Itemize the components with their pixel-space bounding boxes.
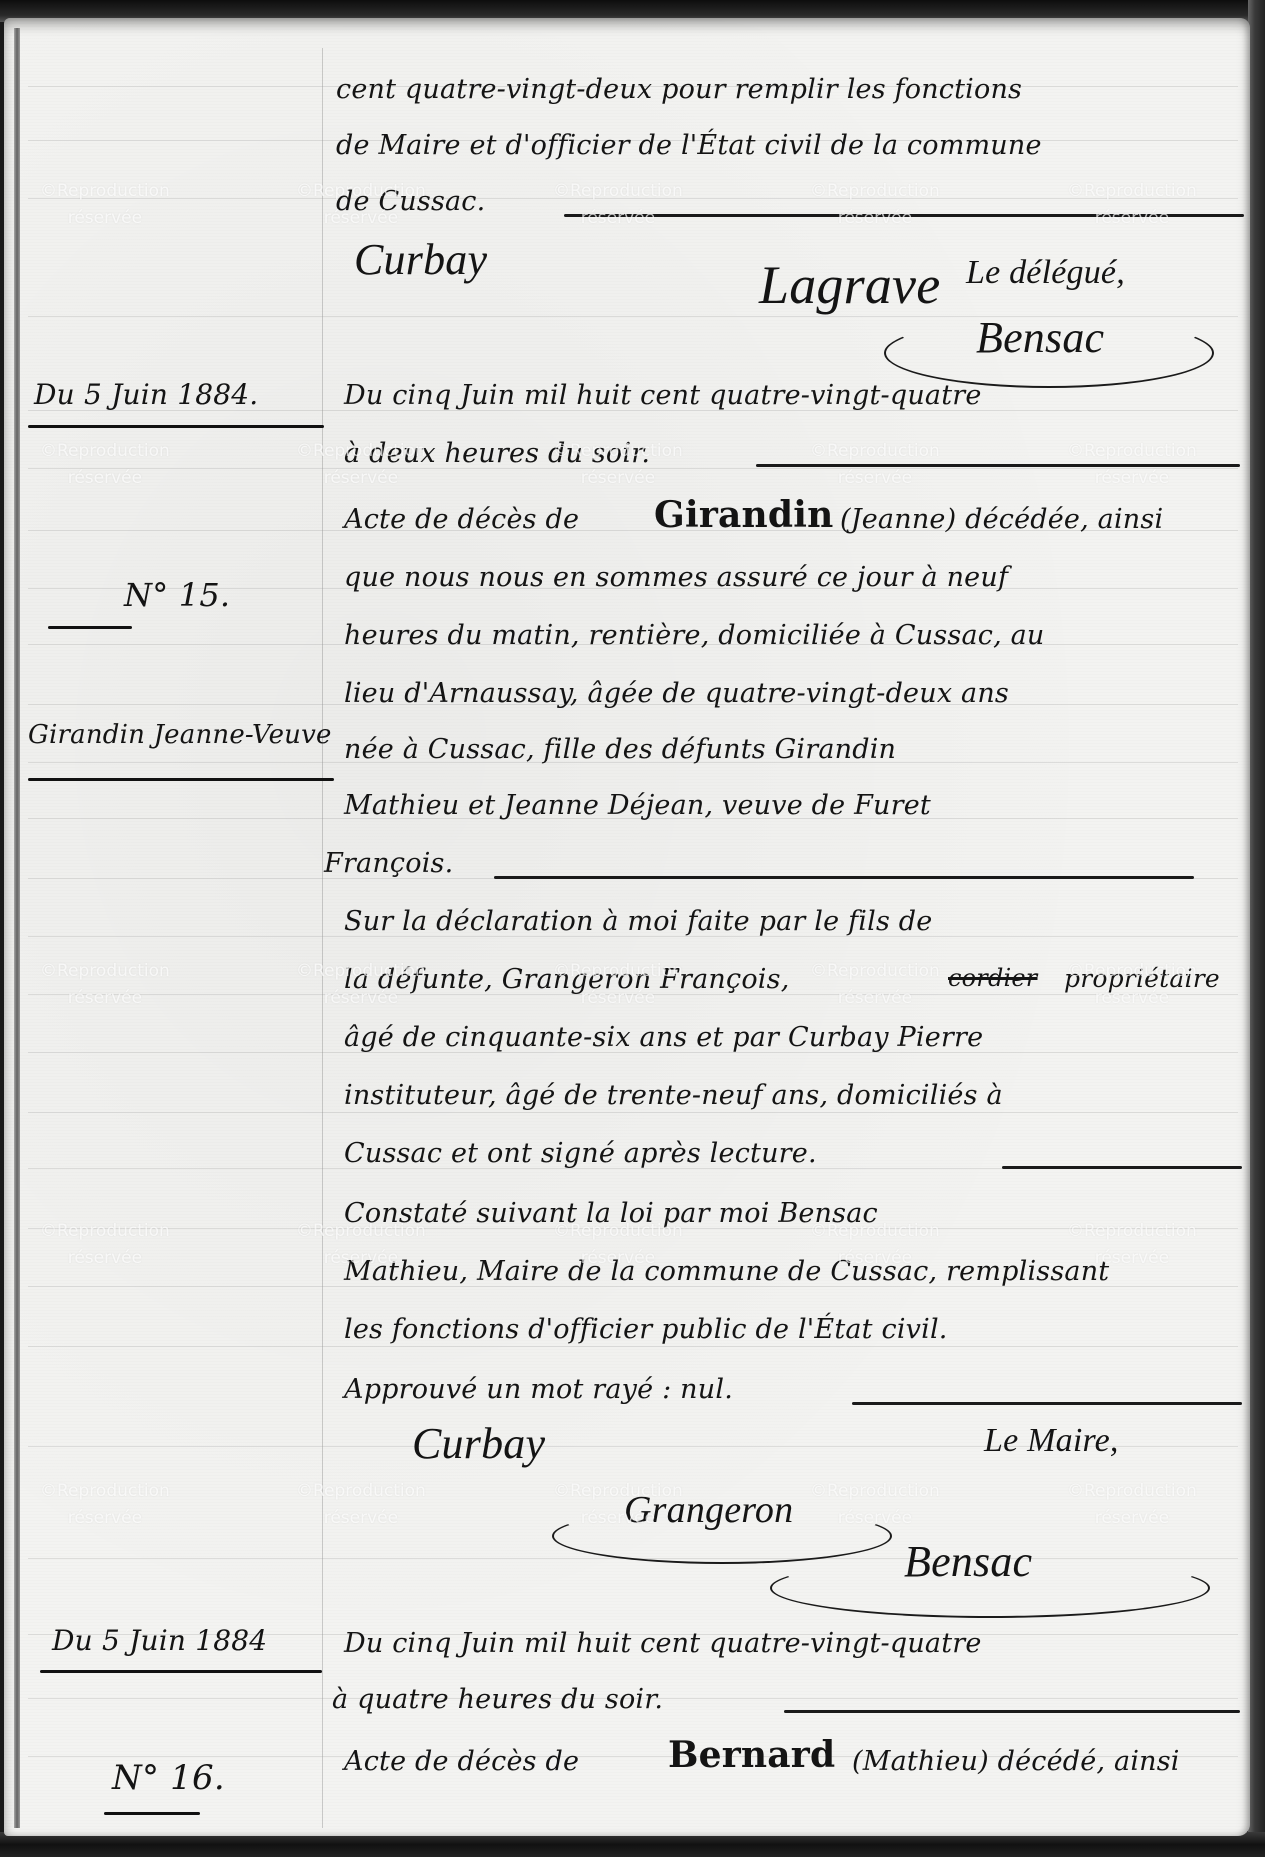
deceased-surname: Bernard: [668, 1734, 835, 1776]
text-line: Du cinq Juin mil huit cent quatre-vingt-…: [344, 380, 982, 411]
text-line: Acte de décès de: [344, 1746, 579, 1777]
watermark-reproduction-reservee: ©Reproductionréservée: [40, 438, 170, 492]
text-line: cent quatre-vingt-deux pour remplir les …: [336, 74, 1022, 105]
act-number: N° 16.: [112, 1758, 225, 1798]
line-filler-dash: [756, 464, 1240, 467]
ruled-line: [28, 1112, 1238, 1113]
deceased-surname: Girandin: [654, 494, 834, 536]
text-line: Mathieu, Maire de la commune de Cussac, …: [344, 1256, 1109, 1287]
text-line: Mathieu et Jeanne Déjean, veuve de Furet: [344, 790, 931, 821]
text-line: (Mathieu) décédé, ainsi: [852, 1746, 1180, 1777]
line-filler-dash: [1002, 1166, 1242, 1169]
margin-underline: [40, 1670, 322, 1673]
line-filler-dash: [564, 214, 1244, 217]
text-line: Acte de décès de: [344, 504, 579, 535]
register-page: cent quatre-vingt-deux pour remplir les …: [4, 18, 1250, 1836]
signature-delegate: Lagrave: [759, 254, 940, 316]
watermark-reproduction-reservee: ©Reproductionréservée: [810, 958, 940, 1012]
text-line: la défunte, Grangeron François,: [344, 964, 789, 995]
book-binding-right: [1248, 0, 1265, 1857]
text-line: à quatre heures du soir.: [332, 1684, 663, 1715]
watermark-reproduction-reservee: ©Reproductionréservée: [1067, 1478, 1197, 1532]
watermark-reproduction-reservee: ©Reproductionréservée: [1067, 178, 1197, 232]
text-line: Sur la déclaration à moi faite par le fi…: [344, 906, 932, 937]
text-line: âgé de cinquante-six ans et par Curbay P…: [344, 1022, 983, 1053]
signature-flourish: [884, 318, 1214, 388]
delegate-title: Le délégué,: [966, 254, 1125, 292]
text-line: Du cinq Juin mil huit cent quatre-vingt-…: [344, 1628, 982, 1659]
margin-deceased-name: Girandin Jeanne-Veuve: [28, 720, 332, 750]
signature-witness: Curbay: [354, 234, 487, 285]
margin-date: Du 5 Juin 1884.: [34, 378, 258, 411]
margin-underline: [28, 778, 334, 781]
act-number-underline: [104, 1812, 200, 1815]
text-line: propriétaire: [1064, 964, 1220, 993]
text-line: Approuvé un mot rayé : nul.: [344, 1374, 733, 1405]
text-line: (Jeanne) décédée, ainsi: [840, 504, 1163, 535]
text-line: Constaté suivant la loi par moi Bensac: [344, 1198, 878, 1229]
watermark-reproduction-reservee: ©Reproductionréservée: [40, 1218, 170, 1272]
watermark-reproduction-reservee: ©Reproductionréservée: [810, 178, 940, 232]
text-line: les fonctions d'officier public de l'Éta…: [344, 1314, 948, 1345]
struck-word: cordier: [948, 964, 1037, 992]
text-line: lieu d'Arnaussay, âgée de quatre-vingt-d…: [344, 678, 1009, 709]
line-filler-dash: [852, 1402, 1242, 1405]
signature-witness: Curbay: [412, 1418, 545, 1469]
signature-flourish: [552, 1508, 892, 1564]
text-line: à deux heures du soir.: [344, 438, 650, 469]
mayor-title: Le Maire,: [984, 1422, 1119, 1460]
margin-underline: [28, 425, 324, 428]
ruled-line: [28, 198, 1238, 199]
text-line: Cussac et ont signé après lecture.: [344, 1138, 817, 1169]
watermark-reproduction-reservee: ©Reproductionréservée: [553, 178, 683, 232]
text-line: instituteur, âgé de trente-neuf ans, dom…: [344, 1080, 1003, 1111]
text-line: heures du matin, rentière, domiciliée à …: [344, 620, 1045, 651]
watermark-reproduction-reservee: ©Reproductionréservée: [40, 1478, 170, 1532]
text-line: que nous nous en sommes assuré ce jour à…: [344, 562, 1008, 593]
text-line: François.: [324, 848, 453, 879]
line-filler-dash: [494, 876, 1194, 879]
text-line: née à Cussac, fille des défunts Girandin: [344, 734, 896, 765]
page-spine-edge: [14, 28, 20, 1828]
act-number: N° 15.: [124, 576, 230, 614]
text-line: de Cussac.: [336, 186, 485, 217]
watermark-reproduction-reservee: ©Reproductionréservée: [40, 958, 170, 1012]
margin-date: Du 5 Juin 1884: [52, 1624, 267, 1657]
watermark-reproduction-reservee: ©Reproductionréservée: [40, 178, 170, 232]
signature-flourish: [770, 1558, 1210, 1618]
line-filler-dash: [784, 1710, 1240, 1713]
text-line: de Maire et d'officier de l'État civil d…: [336, 130, 1042, 161]
ruled-line: [28, 1346, 1238, 1347]
act-number-underline: [48, 626, 132, 629]
watermark-reproduction-reservee: ©Reproductionréservée: [296, 1478, 426, 1532]
margin-rule: [322, 48, 323, 1828]
